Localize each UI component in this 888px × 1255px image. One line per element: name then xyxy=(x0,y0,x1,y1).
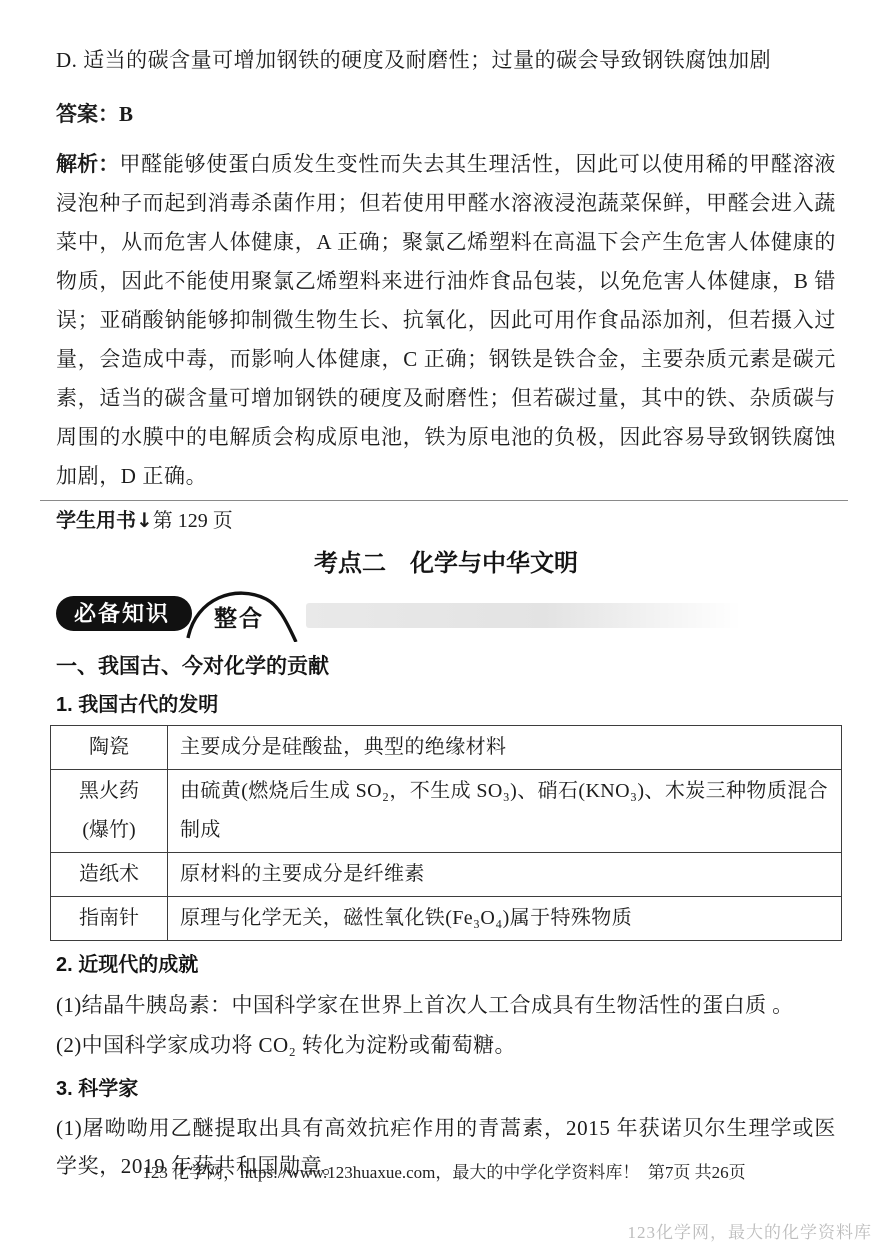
badge-secondary-label: 整合 xyxy=(214,600,264,633)
table-row: 黑火药 (爆竹) 由硫黄(燃烧后生成 SO₂，不生成 SO₃)、硝石(KNO₃)… xyxy=(51,770,842,853)
watermark-text: 123化学网，最大的化学资料库 xyxy=(628,1218,873,1243)
student-book-ref: 学生用书↓第 129 页 xyxy=(56,506,836,535)
topic-heading: 考点二 化学与中华文明 xyxy=(56,549,836,579)
analysis-paragraph: 解析：甲醛能够使蛋白质发生变性而失去其生理活性，因此可以使用稀的甲醛溶液浸泡种子… xyxy=(56,145,836,496)
invention-desc: 原材料的主要成分是纤维素 xyxy=(168,853,842,897)
knowledge-badge: 必备知识 整合 xyxy=(56,593,836,635)
subsection-ancient-inventions: 1. 我国古代的发明 xyxy=(56,691,836,719)
section-divider-line xyxy=(40,500,848,501)
option-d-text: D. 适当的碳含量可增加钢铁的硬度及耐磨性；过量的碳会导致钢铁腐蚀加剧 xyxy=(56,46,836,74)
subsection-modern-achievements: 2. 近现代的成就 xyxy=(56,951,836,979)
document-page: D. 适当的碳含量可增加钢铁的硬度及耐磨性；过量的碳会导致钢铁腐蚀加剧 答案：B… xyxy=(0,0,888,1255)
footer-page-number: 第7页 共26页 xyxy=(648,1163,746,1182)
invention-desc: 由硫黄(燃烧后生成 SO₂，不生成 SO₃)、硝石(KNO₃)、木炭三种物质混合… xyxy=(168,770,842,853)
table-row: 陶瓷 主要成分是硅酸盐，典型的绝缘材料 xyxy=(51,726,842,770)
section-title-contributions: 一、我国古、今对化学的贡献 xyxy=(56,653,836,681)
footer-site-text: 123 化学网，https://www.123huaxue.com，最大的中学化… xyxy=(142,1163,639,1182)
answer-label: 答案： xyxy=(56,103,119,126)
student-book-page: 第 129 页 xyxy=(153,510,233,532)
table-row: 指南针 原理与化学无关，磁性氧化铁(Fe₃O₄)属于特殊物质 xyxy=(51,897,842,941)
invention-term: 造纸术 xyxy=(51,853,168,897)
answer-line: 答案：B xyxy=(56,100,836,129)
down-arrow-icon: ↓ xyxy=(136,508,153,532)
student-book-label: 学生用书 xyxy=(56,510,136,532)
invention-term: 黑火药 (爆竹) xyxy=(51,770,168,853)
answer-value: B xyxy=(119,102,133,126)
badge-gradient-bar xyxy=(306,603,741,628)
modern-item-1: (1)结晶牛胰岛素：中国科学家在世界上首次人工合成具有生物活性的蛋白质 。 xyxy=(56,985,836,1025)
badge-primary-label: 必备知识 xyxy=(56,596,192,631)
analysis-label: 解析： xyxy=(56,153,119,176)
invention-desc: 原理与化学无关，磁性氧化铁(Fe₃O₄)属于特殊物质 xyxy=(168,897,842,941)
invention-desc: 主要成分是硅酸盐，典型的绝缘材料 xyxy=(168,726,842,770)
subsection-scientists: 3. 科学家 xyxy=(56,1075,836,1103)
modern-item-2: (2)中国科学家成功将 CO₂ 转化为淀粉或葡萄糖。 xyxy=(56,1025,836,1065)
invention-term: 指南针 xyxy=(51,897,168,941)
analysis-text: 甲醛能够使蛋白质发生变性而失去其生理活性，因此可以使用稀的甲醛溶液浸泡种子而起到… xyxy=(56,152,836,488)
page-footer: 123 化学网，https://www.123huaxue.com，最大的中学化… xyxy=(0,1158,888,1183)
table-row: 造纸术 原材料的主要成分是纤维素 xyxy=(51,853,842,897)
inventions-table: 陶瓷 主要成分是硅酸盐，典型的绝缘材料 黑火药 (爆竹) 由硫黄(燃烧后生成 S… xyxy=(50,725,842,941)
invention-term: 陶瓷 xyxy=(51,726,168,770)
